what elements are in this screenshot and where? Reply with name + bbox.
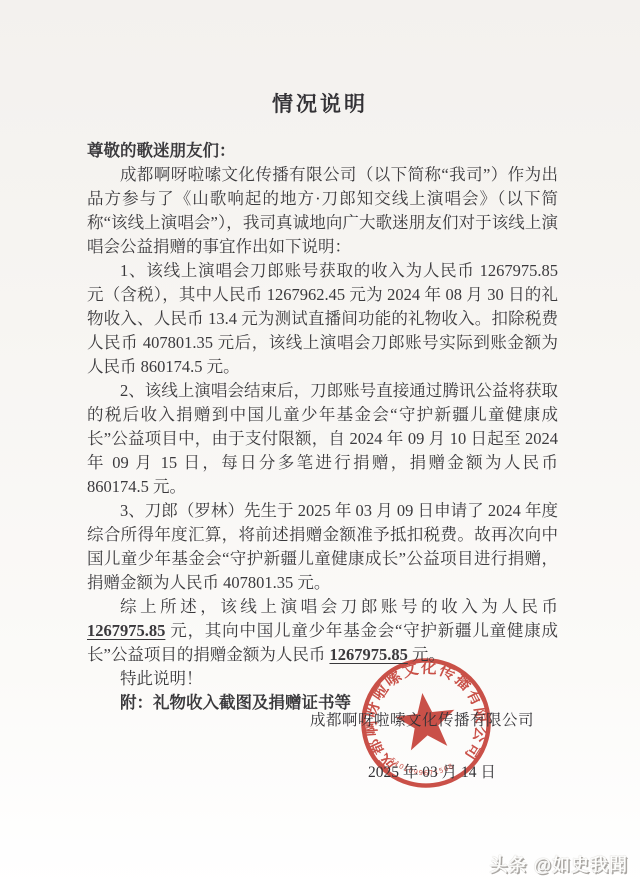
paragraph-intro: 成都啊呀啦嗦文化传播有限公司（以下简称“我司”）作为出品方参与了《山歌响起的地方… [87,163,558,259]
document-title: 情况说明 [0,88,640,118]
document-body: 尊敬的歌迷朋友们： 成都啊呀啦嗦文化传播有限公司（以下简称“我司”）作为出品方参… [87,139,558,715]
signature-company: 成都啊呀啦嗦文化传播有限公司 [0,708,534,730]
paragraph-item-2: 2、该线上演唱会结束后，刀郎账号直接通过腾讯公益将获取的税后收入捐赠到中国儿童少… [87,379,558,499]
paragraph-item-3: 3、刀郎（罗林）先生于 2025 年 03 月 09 日申请了 2024 年度综… [87,499,558,595]
document-page: 情况说明 尊敬的歌迷朋友们： 成都啊呀啦嗦文化传播有限公司（以下简称“我司”）作… [0,0,640,889]
toutiao-watermark: 头条 @如史我聞 [489,851,628,877]
signature-date: 2025 年 03 月 14 日 [368,760,496,782]
paragraph-summary: 综上所述，该线上演唱会刀郎账号的收入为人民币 1267975.85 元，其向中国… [87,595,558,667]
closing-statement: 特此说明！ [87,667,558,691]
salutation: 尊敬的歌迷朋友们： [87,139,558,163]
paragraph-item-1: 1、该线上演唱会刀郎账号获取的收入为人民币 1267975.85 元（含税），其… [87,259,558,379]
